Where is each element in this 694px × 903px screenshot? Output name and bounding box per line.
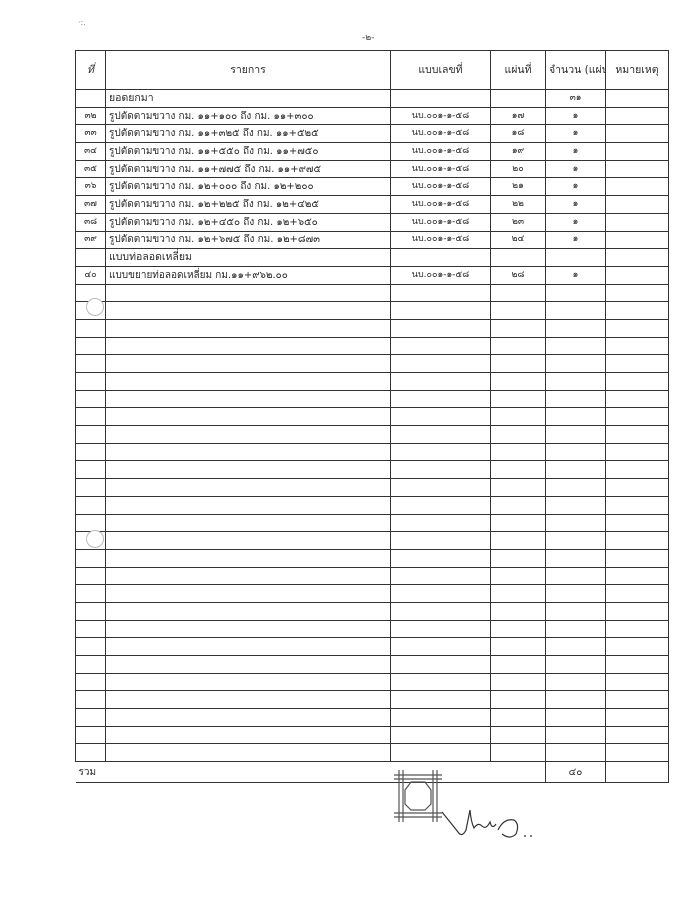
empty-cell	[106, 549, 391, 567]
header-drawing-no: แบบเลขที่	[391, 51, 491, 90]
row-item: แบบท่อลอดเหลี่ยม	[106, 249, 391, 267]
empty-cell	[76, 461, 106, 479]
row-sheet: ๒๐	[491, 160, 546, 178]
empty-cell	[491, 284, 546, 302]
empty-cell	[76, 390, 106, 408]
empty-cell	[546, 479, 606, 497]
empty-cell	[546, 337, 606, 355]
signature	[440, 800, 550, 845]
row-note	[606, 107, 669, 125]
table-row: ๓๖รูปตัดตามขวาง กม. ๑๒+๐๐๐ ถึง กม. ๑๒+๒๐…	[76, 178, 669, 196]
empty-cell	[106, 709, 391, 727]
row-item: รูปตัดตามขวาง กม. ๑๒+๒๒๕ ถึง กม. ๑๒+๔๒๕	[106, 196, 391, 214]
empty-cell	[606, 443, 669, 461]
row-sheet: ๒๘	[491, 266, 546, 284]
total-note	[606, 762, 669, 783]
empty-row	[76, 532, 669, 550]
empty-cell	[76, 443, 106, 461]
empty-row	[76, 549, 669, 567]
table-body: ยอดยกมา๓๑๓๒รูปตัดตามขวาง กม. ๑๑+๑๐๐ ถึง …	[76, 90, 669, 783]
empty-cell	[391, 656, 491, 674]
empty-row	[76, 585, 669, 603]
row-note	[606, 143, 669, 161]
empty-cell	[106, 602, 391, 620]
table-row: ๓๙รูปตัดตามขวาง กม. ๑๒+๖๗๕ ถึง กม. ๑๒+๘๗…	[76, 231, 669, 249]
row-quantity: ๑	[546, 143, 606, 161]
empty-cell	[491, 408, 546, 426]
row-number: ๓๗	[76, 196, 106, 214]
table-row: ๓๔รูปตัดตามขวาง กม. ๑๑+๕๕๐ ถึง กม. ๑๑+๗๕…	[76, 143, 669, 161]
empty-cell	[391, 585, 491, 603]
empty-cell	[491, 726, 546, 744]
empty-cell	[106, 355, 391, 373]
empty-row	[76, 602, 669, 620]
empty-cell	[606, 514, 669, 532]
empty-cell	[76, 337, 106, 355]
empty-cell	[106, 390, 391, 408]
empty-cell	[491, 514, 546, 532]
row-sheet: ๒๔	[491, 231, 546, 249]
row-note	[606, 125, 669, 143]
empty-cell	[106, 691, 391, 709]
empty-cell	[106, 373, 391, 391]
empty-cell	[546, 284, 606, 302]
empty-cell	[76, 514, 106, 532]
empty-row	[76, 514, 669, 532]
table-row: ๓๘รูปตัดตามขวาง กม. ๑๒+๔๕๐ ถึง กม. ๑๒+๖๕…	[76, 213, 669, 231]
row-note	[606, 196, 669, 214]
row-drawing-no: นบ.๐๐๑-๑-๕๘	[391, 125, 491, 143]
empty-row	[76, 390, 669, 408]
empty-cell	[606, 709, 669, 727]
row-sheet: ๒๓	[491, 213, 546, 231]
empty-cell	[76, 744, 106, 762]
empty-row	[76, 337, 669, 355]
empty-row	[76, 302, 669, 320]
row-item: ยอดยกมา	[106, 90, 391, 108]
empty-cell	[546, 302, 606, 320]
empty-cell	[391, 602, 491, 620]
row-note	[606, 231, 669, 249]
row-drawing-no	[391, 249, 491, 267]
header-sheet: แผ่นที่	[491, 51, 546, 90]
empty-cell	[76, 673, 106, 691]
empty-cell	[391, 355, 491, 373]
empty-cell	[391, 567, 491, 585]
table-row: ๓๗รูปตัดตามขวาง กม. ๑๒+๒๒๕ ถึง กม. ๑๒+๔๒…	[76, 196, 669, 214]
empty-row	[76, 373, 669, 391]
empty-cell	[606, 744, 669, 762]
empty-cell	[391, 284, 491, 302]
empty-row	[76, 408, 669, 426]
empty-cell	[76, 585, 106, 603]
empty-cell	[491, 426, 546, 444]
row-quantity: ๑	[546, 125, 606, 143]
header-quantity: จำนวน (แผ่น)	[546, 51, 606, 90]
row-item: รูปตัดตามขวาง กม. ๑๑+๕๕๐ ถึง กม. ๑๑+๗๕๐	[106, 143, 391, 161]
empty-cell	[106, 638, 391, 656]
empty-cell	[106, 443, 391, 461]
row-number: ๓๘	[76, 213, 106, 231]
empty-cell	[106, 426, 391, 444]
empty-cell	[391, 443, 491, 461]
punch-hole	[86, 298, 104, 316]
row-note	[606, 266, 669, 284]
row-note	[606, 160, 669, 178]
row-number: ๓๕	[76, 160, 106, 178]
stamp-mark	[393, 768, 443, 824]
empty-cell	[491, 567, 546, 585]
empty-cell	[76, 319, 106, 337]
empty-cell	[491, 319, 546, 337]
empty-cell	[491, 602, 546, 620]
empty-cell	[391, 709, 491, 727]
total-label: รวม	[76, 762, 546, 783]
empty-row	[76, 638, 669, 656]
empty-cell	[606, 390, 669, 408]
empty-cell	[391, 479, 491, 497]
empty-cell	[546, 514, 606, 532]
row-drawing-no	[391, 90, 491, 108]
empty-row	[76, 319, 669, 337]
empty-cell	[106, 496, 391, 514]
empty-cell	[106, 656, 391, 674]
empty-cell	[76, 656, 106, 674]
empty-cell	[106, 585, 391, 603]
row-item: แบบขยายท่อลอดเหลี่ยม กม.๑๑+๙๖๒.๐๐	[106, 266, 391, 284]
row-number: ๓๖	[76, 178, 106, 196]
table-row: ๔๐แบบขยายท่อลอดเหลี่ยม กม.๑๑+๙๖๒.๐๐นบ.๐๐…	[76, 266, 669, 284]
row-number: ๓๙	[76, 231, 106, 249]
empty-cell	[546, 408, 606, 426]
empty-cell	[391, 426, 491, 444]
section-row: ยอดยกมา๓๑	[76, 90, 669, 108]
empty-row	[76, 496, 669, 514]
row-item: รูปตัดตามขวาง กม. ๑๒+๔๕๐ ถึง กม. ๑๒+๖๕๐	[106, 213, 391, 231]
empty-cell	[546, 620, 606, 638]
empty-cell	[546, 461, 606, 479]
row-quantity: ๑	[546, 196, 606, 214]
empty-cell	[491, 549, 546, 567]
empty-cell	[106, 532, 391, 550]
empty-row	[76, 355, 669, 373]
empty-cell	[606, 355, 669, 373]
empty-cell	[546, 567, 606, 585]
empty-cell	[606, 337, 669, 355]
table-row: ๓๓รูปตัดตามขวาง กม. ๑๑+๓๒๕ ถึง กม. ๑๑+๕๒…	[76, 125, 669, 143]
empty-cell	[491, 390, 546, 408]
empty-cell	[106, 726, 391, 744]
empty-row	[76, 744, 669, 762]
table-header-row: ที่ รายการ แบบเลขที่ แผ่นที่ จำนวน (แผ่น…	[76, 51, 669, 90]
row-drawing-no: นบ.๐๐๑-๑-๕๘	[391, 213, 491, 231]
empty-row	[76, 620, 669, 638]
empty-row	[76, 691, 669, 709]
empty-cell	[606, 567, 669, 585]
empty-cell	[76, 691, 106, 709]
row-sheet	[491, 90, 546, 108]
empty-cell	[106, 461, 391, 479]
row-item: รูปตัดตามขวาง กม. ๑๑+๓๒๕ ถึง กม. ๑๑+๕๒๕	[106, 125, 391, 143]
empty-cell	[491, 355, 546, 373]
empty-cell	[606, 549, 669, 567]
row-quantity: ๑	[546, 266, 606, 284]
empty-cell	[491, 461, 546, 479]
row-drawing-no: นบ.๐๐๑-๑-๕๘	[391, 196, 491, 214]
empty-cell	[76, 602, 106, 620]
row-drawing-no: นบ.๐๐๑-๑-๕๘	[391, 160, 491, 178]
header-item: รายการ	[106, 51, 391, 90]
empty-cell	[546, 585, 606, 603]
empty-cell	[76, 709, 106, 727]
empty-cell	[491, 638, 546, 656]
punch-hole	[86, 530, 104, 548]
empty-cell	[606, 319, 669, 337]
empty-cell	[391, 302, 491, 320]
empty-row	[76, 709, 669, 727]
row-number: ๔๐	[76, 266, 106, 284]
empty-cell	[546, 390, 606, 408]
empty-cell	[606, 638, 669, 656]
total-row: รวม๔๐	[76, 762, 669, 783]
empty-cell	[76, 355, 106, 373]
empty-cell	[546, 691, 606, 709]
empty-cell	[391, 744, 491, 762]
empty-cell	[606, 284, 669, 302]
section-row: แบบท่อลอดเหลี่ยม	[76, 249, 669, 267]
empty-cell	[391, 337, 491, 355]
empty-cell	[491, 709, 546, 727]
empty-cell	[391, 461, 491, 479]
header-note: หมายเหตุ	[606, 51, 669, 90]
empty-cell	[546, 656, 606, 674]
empty-cell	[391, 620, 491, 638]
empty-cell	[606, 373, 669, 391]
empty-cell	[391, 691, 491, 709]
empty-cell	[491, 532, 546, 550]
empty-cell	[546, 673, 606, 691]
empty-cell	[76, 373, 106, 391]
empty-row	[76, 656, 669, 674]
empty-row	[76, 673, 669, 691]
row-number: ๓๓	[76, 125, 106, 143]
empty-cell	[76, 408, 106, 426]
row-number: ๓๔	[76, 143, 106, 161]
empty-cell	[606, 532, 669, 550]
empty-cell	[546, 443, 606, 461]
row-item: รูปตัดตามขวาง กม. ๑๑+๑๐๐ ถึง กม. ๑๑+๓๐๐	[106, 107, 391, 125]
empty-cell	[491, 656, 546, 674]
empty-cell	[606, 726, 669, 744]
empty-cell	[491, 479, 546, 497]
empty-row	[76, 284, 669, 302]
empty-cell	[76, 638, 106, 656]
empty-cell	[106, 302, 391, 320]
empty-cell	[546, 709, 606, 727]
empty-cell	[491, 691, 546, 709]
empty-cell	[106, 744, 391, 762]
empty-cell	[76, 620, 106, 638]
row-note	[606, 178, 669, 196]
row-sheet: ๑๘	[491, 125, 546, 143]
empty-cell	[76, 496, 106, 514]
empty-cell	[391, 319, 491, 337]
empty-cell	[606, 585, 669, 603]
row-number	[76, 90, 106, 108]
empty-cell	[546, 496, 606, 514]
row-drawing-no: นบ.๐๐๑-๑-๕๘	[391, 231, 491, 249]
empty-cell	[106, 620, 391, 638]
empty-cell	[606, 602, 669, 620]
table-row: ๓๕รูปตัดตามขวาง กม. ๑๑+๗๗๕ ถึง กม. ๑๑+๙๗…	[76, 160, 669, 178]
empty-cell	[391, 726, 491, 744]
scan-speck: ·:.	[78, 18, 86, 27]
total-quantity: ๔๐	[546, 762, 606, 783]
empty-cell	[106, 319, 391, 337]
empty-cell	[491, 443, 546, 461]
empty-row	[76, 479, 669, 497]
empty-row	[76, 726, 669, 744]
empty-cell	[606, 408, 669, 426]
empty-cell	[106, 567, 391, 585]
row-item: รูปตัดตามขวาง กม. ๑๒+๖๗๕ ถึง กม. ๑๒+๘๗๓	[106, 231, 391, 249]
empty-cell	[391, 673, 491, 691]
empty-cell	[391, 514, 491, 532]
empty-row	[76, 443, 669, 461]
empty-cell	[546, 319, 606, 337]
empty-cell	[491, 302, 546, 320]
row-quantity: ๑	[546, 160, 606, 178]
empty-cell	[546, 549, 606, 567]
empty-cell	[391, 390, 491, 408]
empty-cell	[546, 744, 606, 762]
row-quantity: ๑	[546, 213, 606, 231]
empty-cell	[106, 479, 391, 497]
empty-cell	[491, 373, 546, 391]
row-number: ๓๒	[76, 107, 106, 125]
empty-cell	[546, 638, 606, 656]
empty-cell	[546, 373, 606, 391]
empty-row	[76, 567, 669, 585]
empty-cell	[491, 673, 546, 691]
empty-cell	[106, 337, 391, 355]
page-number: -๒-	[362, 30, 374, 44]
row-note	[606, 249, 669, 267]
empty-cell	[76, 479, 106, 497]
row-drawing-no: นบ.๐๐๑-๑-๕๘	[391, 178, 491, 196]
empty-cell	[491, 585, 546, 603]
empty-cell	[106, 514, 391, 532]
empty-cell	[391, 638, 491, 656]
empty-cell	[106, 408, 391, 426]
row-sheet: ๑๗	[491, 107, 546, 125]
row-drawing-no: นบ.๐๐๑-๑-๕๘	[391, 107, 491, 125]
empty-cell	[491, 496, 546, 514]
empty-cell	[546, 355, 606, 373]
table-row: ๓๒รูปตัดตามขวาง กม. ๑๑+๑๐๐ ถึง กม. ๑๑+๓๐…	[76, 107, 669, 125]
row-note	[606, 90, 669, 108]
empty-cell	[391, 373, 491, 391]
empty-cell	[76, 426, 106, 444]
row-sheet	[491, 249, 546, 267]
empty-row	[76, 426, 669, 444]
empty-cell	[391, 549, 491, 567]
empty-cell	[491, 744, 546, 762]
header-no: ที่	[76, 51, 106, 90]
empty-row	[76, 461, 669, 479]
row-quantity	[546, 249, 606, 267]
row-number	[76, 249, 106, 267]
empty-cell	[606, 656, 669, 674]
row-drawing-no: นบ.๐๐๑-๑-๕๘	[391, 143, 491, 161]
empty-cell	[606, 691, 669, 709]
empty-cell	[606, 673, 669, 691]
empty-cell	[391, 496, 491, 514]
empty-cell	[546, 726, 606, 744]
row-quantity: ๑	[546, 178, 606, 196]
empty-cell	[76, 726, 106, 744]
empty-cell	[606, 496, 669, 514]
empty-cell	[76, 567, 106, 585]
empty-cell	[606, 461, 669, 479]
empty-cell	[546, 602, 606, 620]
row-quantity: ๓๑	[546, 90, 606, 108]
empty-cell	[606, 479, 669, 497]
empty-cell	[491, 620, 546, 638]
row-sheet: ๒๑	[491, 178, 546, 196]
row-quantity: ๑	[546, 231, 606, 249]
empty-cell	[106, 284, 391, 302]
row-sheet: ๒๒	[491, 196, 546, 214]
row-item: รูปตัดตามขวาง กม. ๑๑+๗๗๕ ถึง กม. ๑๑+๙๗๕	[106, 160, 391, 178]
empty-cell	[606, 620, 669, 638]
empty-cell	[606, 426, 669, 444]
row-quantity: ๑	[546, 107, 606, 125]
empty-cell	[76, 549, 106, 567]
drawing-list-table: ที่ รายการ แบบเลขที่ แผ่นที่ จำนวน (แผ่น…	[75, 50, 669, 783]
empty-cell	[391, 532, 491, 550]
row-item: รูปตัดตามขวาง กม. ๑๒+๐๐๐ ถึง กม. ๑๒+๒๐๐	[106, 178, 391, 196]
empty-cell	[546, 532, 606, 550]
row-note	[606, 213, 669, 231]
empty-cell	[391, 408, 491, 426]
empty-cell	[546, 426, 606, 444]
empty-cell	[491, 337, 546, 355]
empty-cell	[106, 673, 391, 691]
row-drawing-no: นบ.๐๐๑-๑-๕๘	[391, 266, 491, 284]
row-sheet: ๑๙	[491, 143, 546, 161]
empty-cell	[606, 302, 669, 320]
